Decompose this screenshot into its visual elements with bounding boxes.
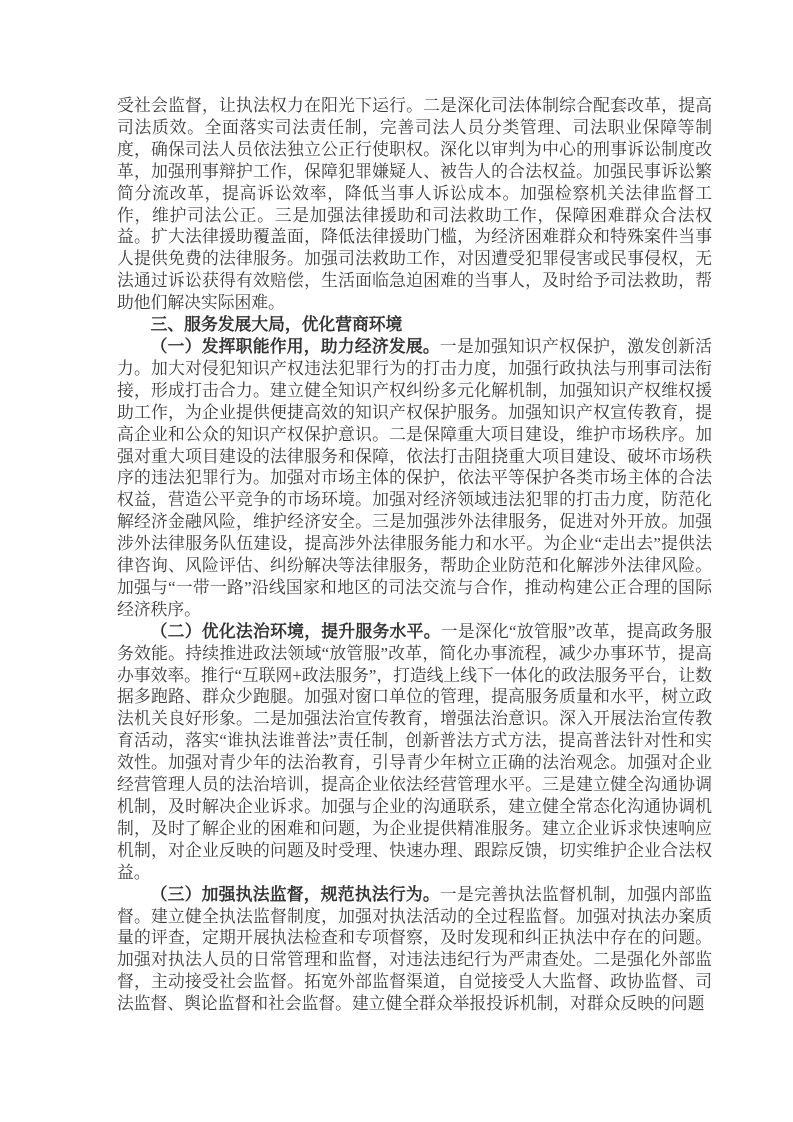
subsection-1-lead: （一）发挥职能作用，助力经济发展。 [151,337,440,356]
document-body: 受社会监督，让执法权力在阳光下运行。二是深化司法体制综合配套改革，提高司法质效。… [117,95,712,1015]
subsection-1-body: 一是加强知识产权保护，激发创新活力。加大对侵犯知识产权违法犯罪行为的打击力度，加… [117,337,712,619]
subsection-paragraph-1: （一）发挥职能作用，助力经济发展。一是加强知识产权保护，激发创新活力。加大对侵犯… [117,336,712,621]
subsection-2-lead: （二）优化法治环境，提升服务水平。 [151,622,441,641]
document-page: 受社会监督，让执法权力在阳光下运行。二是深化司法体制综合配套改革，提高司法质效。… [0,0,793,1122]
subsection-paragraph-2: （二）优化法治环境，提升服务水平。一是深化“放管服”改革，提高政务服务效能。持续… [117,621,712,884]
continuation-paragraph: 受社会监督，让执法权力在阳光下运行。二是深化司法体制综合配套改革，提高司法质效。… [117,95,712,314]
section-heading: 三、服务发展大局，优化营商环境 [117,314,712,336]
subsection-3-lead: （三）加强执法监督，规范执法行为。 [151,885,440,904]
subsection-2-body: 一是深化“放管服”改革，提高政务服务效能。持续推进政法领域“放管服”改革，简化办… [117,622,712,882]
subsection-paragraph-3: （三）加强执法监督，规范执法行为。一是完善执法监督机制，加强内部监督。建立健全执… [117,884,712,1015]
